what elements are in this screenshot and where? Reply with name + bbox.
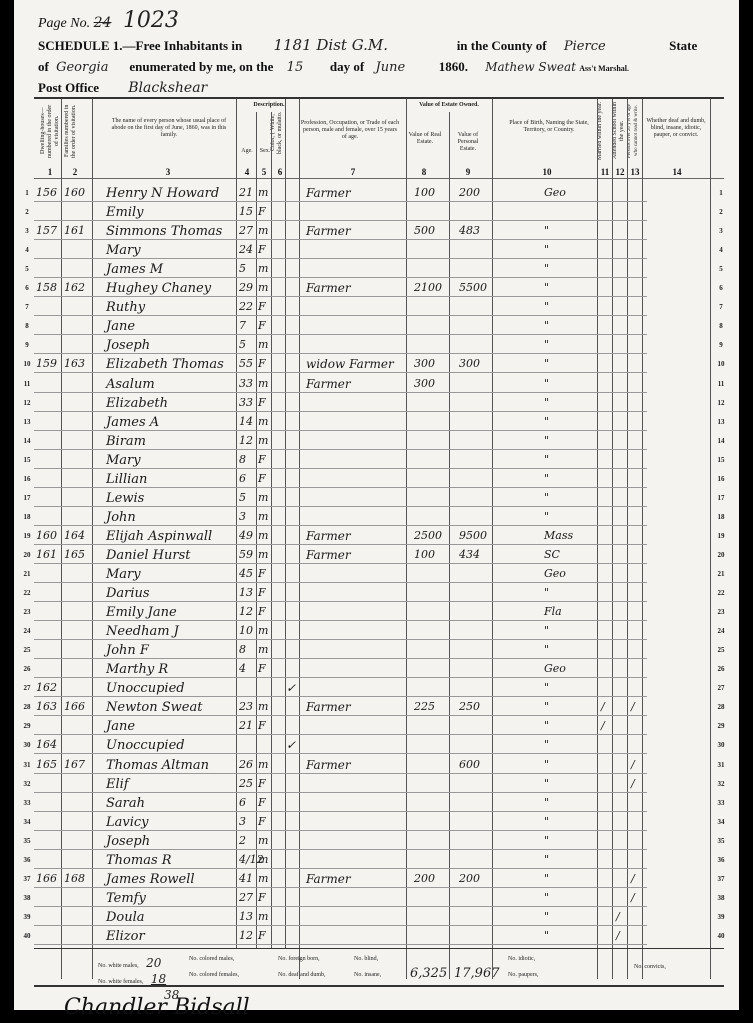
- row-number-left: 28: [20, 703, 34, 711]
- row-number-right: 17: [714, 494, 728, 502]
- row-number-right: 7: [714, 303, 728, 311]
- person-name: Joseph: [106, 834, 150, 849]
- person-sex: F: [258, 777, 266, 790]
- person-name: Sarah: [106, 796, 145, 811]
- birthplace: ": [544, 357, 549, 370]
- person-sex: F: [258, 396, 266, 409]
- row-number-left: 26: [20, 665, 34, 673]
- col-11-number: 11: [598, 167, 612, 177]
- foreign-born-label: No. foreign born,: [278, 956, 320, 962]
- enumerated-label: enumerated by me, on the: [129, 59, 273, 74]
- birthplace: ": [544, 338, 549, 351]
- page-label: Page No.: [38, 16, 90, 31]
- row-number-right: 18: [714, 513, 728, 521]
- row-number-right: 25: [714, 646, 728, 654]
- year-value: 1860.: [439, 59, 468, 74]
- row-number-right: 3: [714, 227, 728, 235]
- row-line: [34, 944, 647, 945]
- family-number: 165: [64, 548, 85, 561]
- page-crossed-number: 24: [94, 15, 112, 31]
- person-age: 21: [239, 186, 253, 199]
- day-of-label: day of: [330, 59, 364, 74]
- birthplace: Geo: [544, 567, 566, 580]
- row-number-left: 21: [20, 570, 34, 578]
- person-name: Elizabeth Thomas: [106, 357, 224, 372]
- person-sex: m: [258, 377, 268, 390]
- person-sex: m: [258, 548, 268, 561]
- person-sex: m: [258, 186, 268, 199]
- occupation: Farmer: [306, 281, 351, 295]
- person-name: Unoccupied: [106, 738, 185, 753]
- person-name: Daniel Hurst: [106, 548, 191, 563]
- person-age: 24: [239, 243, 253, 256]
- row-line: [34, 887, 647, 888]
- personal-estate-value: 300: [459, 357, 480, 370]
- occupation: widow Farmer: [306, 357, 394, 371]
- person-name: Elif: [106, 777, 129, 792]
- row-number-left: 36: [20, 856, 34, 864]
- row-number-right: 6: [714, 284, 728, 292]
- person-age: 45: [239, 567, 253, 580]
- state-value: Georgia: [56, 60, 126, 75]
- illiterate-mark: /: [631, 891, 635, 904]
- estate-header: Value of Estate Owned.: [404, 102, 494, 109]
- person-age: 10: [239, 624, 253, 637]
- birthplace: ": [544, 853, 549, 866]
- row-line: [34, 639, 647, 640]
- person-age: 3: [239, 815, 246, 828]
- row-number-left: 39: [20, 913, 34, 921]
- colored-females-label: No. colored females,: [189, 972, 239, 978]
- census-page: Page No. 24 1023 SCHEDULE 1.—Free Inhabi…: [14, 0, 739, 1010]
- col-14-header: Whether deaf and dumb, blind, insane, id…: [646, 118, 706, 139]
- person-sex: F: [258, 205, 266, 218]
- illiterate-mark: /: [631, 758, 635, 771]
- occupation: Farmer: [306, 186, 351, 200]
- row-number-left: 13: [20, 418, 34, 426]
- person-sex: m: [258, 624, 268, 637]
- row-number-right: 21: [714, 570, 728, 578]
- birthplace: ": [544, 910, 549, 923]
- row-number-right: 32: [714, 780, 728, 788]
- person-sex: F: [258, 891, 266, 904]
- married-mark: /: [601, 719, 605, 732]
- school-mark: /: [616, 929, 620, 942]
- row-line: [34, 525, 647, 526]
- col-1-header: Dwelling-houses—numbered in the order of…: [40, 102, 60, 160]
- footer-rule: [34, 985, 724, 987]
- state-label: State: [669, 38, 697, 53]
- person-sex: F: [258, 605, 266, 618]
- row-number-right: 34: [714, 818, 728, 826]
- col-6-header: Color, { White, black, or mulatto.: [270, 108, 292, 158]
- day-value: 15: [287, 60, 327, 75]
- row-line: [34, 411, 647, 412]
- colored-males-label: No. colored males,: [189, 956, 234, 962]
- person-sex: m: [258, 434, 268, 447]
- person-name: Hughey Chaney: [106, 281, 211, 296]
- schedule-line: SCHEDULE 1.—Free Inhabitants in 1181 Dis…: [38, 36, 697, 54]
- person-name: Thomas Altman: [106, 758, 209, 773]
- birthplace: ": [544, 834, 549, 847]
- row-number-left: 8: [20, 322, 34, 330]
- occupation: Farmer: [306, 377, 351, 391]
- row-line: [34, 544, 647, 545]
- row-number-left: 7: [20, 303, 34, 311]
- real-estate-value: 300: [414, 357, 435, 370]
- col-9-header: Value of Personal Estate.: [450, 132, 486, 153]
- person-sex: F: [258, 357, 266, 370]
- grid-line: [61, 99, 62, 979]
- personal-estate-value: 200: [459, 872, 480, 885]
- person-age: 15: [239, 205, 253, 218]
- person-age: 5: [239, 262, 246, 275]
- birthplace: ": [544, 300, 549, 313]
- month-value: June: [375, 60, 435, 75]
- person-age: 27: [239, 224, 253, 237]
- row-line: [34, 315, 647, 316]
- row-number-right: 27: [714, 684, 728, 692]
- illiterate-mark: /: [631, 700, 635, 713]
- person-sex: m: [258, 491, 268, 504]
- grid-line: [492, 99, 493, 979]
- birthplace: ": [544, 472, 549, 485]
- row-line: [34, 868, 647, 869]
- person-sex: m: [258, 510, 268, 523]
- row-number-left: 2: [20, 208, 34, 216]
- family-number: 164: [64, 529, 85, 542]
- grid-line: [642, 99, 643, 979]
- convicts-label: No. convicts,: [634, 964, 666, 970]
- person-age: 55: [239, 357, 253, 370]
- person-sex: F: [258, 796, 266, 809]
- row-number-left: 9: [20, 341, 34, 349]
- col-4-number: 4: [241, 167, 253, 177]
- personal-estate-value: 200: [459, 186, 480, 199]
- person-sex: m: [258, 910, 268, 923]
- birthplace: ": [544, 758, 549, 771]
- dwelling-number: 159: [36, 357, 57, 370]
- col-4-header: Age.: [238, 148, 256, 155]
- row-number-right: 2: [714, 208, 728, 216]
- row-line: [34, 506, 647, 507]
- row-number-right: 23: [714, 608, 728, 616]
- grid-line: [710, 99, 711, 979]
- personal-estate-value: 5500: [459, 281, 487, 294]
- row-number-right: 35: [714, 837, 728, 845]
- person-name: James Rowell: [106, 872, 195, 887]
- person-sex: m: [258, 758, 268, 771]
- col-13-number: 13: [628, 167, 642, 177]
- person-sex: m: [258, 834, 268, 847]
- person-age: 7: [239, 319, 246, 332]
- deaf-dumb-label: No. deaf and dumb,: [278, 972, 326, 978]
- row-number-left: 33: [20, 799, 34, 807]
- person-age: 21: [239, 719, 253, 732]
- row-line: [34, 582, 647, 583]
- person-sex: F: [258, 472, 266, 485]
- row-number-right: 26: [714, 665, 728, 673]
- row-line: [34, 372, 647, 373]
- grid-line: [597, 99, 598, 979]
- row-line: [34, 792, 647, 793]
- birthplace: ": [544, 396, 549, 409]
- of-label: of: [38, 59, 49, 74]
- row-number-left: 18: [20, 513, 34, 521]
- person-sex: m: [258, 853, 268, 866]
- row-number-left: 23: [20, 608, 34, 616]
- row-line: [34, 715, 647, 716]
- row-number-right: 39: [714, 913, 728, 921]
- paupers-label: No. paupers,: [508, 972, 539, 978]
- col-8-number: 8: [418, 167, 430, 177]
- person-sex: F: [258, 719, 266, 732]
- row-line: [34, 334, 647, 335]
- row-line: [34, 563, 647, 564]
- real-estate-value: 100: [414, 186, 435, 199]
- person-name: Asalum: [106, 377, 155, 392]
- row-line: [34, 220, 647, 221]
- row-number-left: 38: [20, 894, 34, 902]
- row-number-right: 5: [714, 265, 728, 273]
- birthplace: ": [544, 719, 549, 732]
- person-name: Temfy: [106, 891, 146, 906]
- col-2-number: 2: [69, 167, 81, 177]
- birthplace: ": [544, 415, 549, 428]
- person-age: 6: [239, 472, 246, 485]
- row-number-right: 28: [714, 703, 728, 711]
- person-sex: m: [258, 700, 268, 713]
- dwelling-number: 160: [36, 529, 57, 542]
- person-name: Mary: [106, 453, 141, 468]
- birthplace: ": [544, 738, 549, 751]
- person-age: 12: [239, 605, 253, 618]
- row-number-left: 4: [20, 246, 34, 254]
- family-number: 160: [64, 186, 85, 199]
- person-name: Newton Sweat: [106, 700, 202, 715]
- row-line: [34, 753, 647, 754]
- person-sex: m: [258, 872, 268, 885]
- family-number: 161: [64, 224, 85, 237]
- illiterate-mark: /: [631, 777, 635, 790]
- row-number-right: 8: [714, 322, 728, 330]
- header-rule: [34, 97, 724, 99]
- dwelling-number: 166: [36, 872, 57, 885]
- row-number-left: 11: [20, 380, 34, 388]
- family-number: 167: [64, 758, 85, 771]
- row-line: [34, 239, 647, 240]
- person-age: 12: [239, 929, 253, 942]
- row-line: [34, 696, 647, 697]
- person-name: Henry N Howard: [106, 186, 219, 201]
- person-sex: m: [258, 224, 268, 237]
- person-name: Needham J: [106, 624, 179, 639]
- birthplace: ": [544, 243, 549, 256]
- person-sex: F: [258, 319, 266, 332]
- row-line: [34, 449, 647, 450]
- birthplace: ": [544, 510, 549, 523]
- rows-bottom-rule: [34, 948, 724, 949]
- real-estate-value: 500: [414, 224, 435, 237]
- person-name: Ruthy: [106, 300, 145, 315]
- birthplace: Geo: [544, 662, 566, 675]
- grid-line: [299, 99, 300, 979]
- row-number-right: 4: [714, 246, 728, 254]
- birthplace: ": [544, 929, 549, 942]
- dwelling-number: 164: [36, 738, 57, 751]
- county-label: in the County of: [457, 38, 547, 53]
- col-10-number: 10: [540, 167, 554, 177]
- person-name: Lewis: [106, 491, 144, 506]
- person-age: 13: [239, 586, 253, 599]
- person-age: 4: [239, 662, 246, 675]
- birthplace: ": [544, 796, 549, 809]
- row-line: [34, 296, 647, 297]
- row-line: [34, 906, 647, 907]
- real-estate-value: 225: [414, 700, 435, 713]
- birthplace: ": [544, 319, 549, 332]
- row-number-right: 11: [714, 380, 728, 388]
- row-number-right: 33: [714, 799, 728, 807]
- person-age: 23: [239, 700, 253, 713]
- col-3-header: The name of every person whose usual pla…: [104, 118, 234, 139]
- col-14-number: 14: [670, 167, 684, 177]
- row-number-right: 10: [714, 360, 728, 368]
- marshal-label: Ass't Marshal.: [579, 64, 629, 73]
- person-sex: m: [258, 338, 268, 351]
- row-number-left: 37: [20, 875, 34, 883]
- row-number-right: 36: [714, 856, 728, 864]
- family-number: 166: [64, 700, 85, 713]
- row-line: [34, 277, 647, 278]
- family-number: 163: [64, 357, 85, 370]
- person-name: John F: [106, 643, 149, 658]
- dwelling-number: 165: [36, 758, 57, 771]
- person-age: 6: [239, 796, 246, 809]
- person-age: 59: [239, 548, 253, 561]
- birthplace: ": [544, 491, 549, 504]
- row-number-right: 1: [714, 189, 728, 197]
- white-females-value: 18: [151, 972, 166, 986]
- row-number-left: 15: [20, 456, 34, 464]
- col-13-header: Persons over 20 y'rs of age who cannot r…: [626, 102, 640, 160]
- occupation: Farmer: [306, 529, 351, 543]
- row-number-right: 16: [714, 475, 728, 483]
- birthplace: Fla: [544, 605, 562, 618]
- row-line: [34, 620, 647, 621]
- row-number-left: 24: [20, 627, 34, 635]
- person-sex: F: [258, 586, 266, 599]
- occupation: Farmer: [306, 224, 351, 238]
- personal-estate-value: 600: [459, 758, 480, 771]
- person-sex: F: [258, 453, 266, 466]
- row-number-left: 3: [20, 227, 34, 235]
- row-number-right: 31: [714, 761, 728, 769]
- person-age: 8: [239, 643, 246, 656]
- col-12-header: Attended School within the year.: [612, 102, 626, 160]
- school-mark: /: [616, 910, 620, 923]
- row-number-left: 22: [20, 589, 34, 597]
- person-sex: F: [258, 243, 266, 256]
- real-estate-value: 300: [414, 377, 435, 390]
- row-line: [34, 773, 647, 774]
- birthplace: ": [544, 453, 549, 466]
- idiotic-label: No. idiotic,: [508, 956, 535, 962]
- person-sex: F: [258, 815, 266, 828]
- row-line: [34, 830, 647, 831]
- dwelling-number: 158: [36, 281, 57, 294]
- person-name: Elijah Aspinwall: [106, 529, 212, 544]
- row-line: [34, 392, 647, 393]
- col-3-number: 3: [162, 167, 174, 177]
- grid-line: [256, 112, 257, 949]
- row-number-left: 20: [20, 551, 34, 559]
- row-number-left: 6: [20, 284, 34, 292]
- person-age: 3: [239, 510, 246, 523]
- birthplace: ": [544, 624, 549, 637]
- dwelling-number: 157: [36, 224, 57, 237]
- birthplace: Mass: [544, 529, 573, 542]
- person-name: John: [106, 510, 136, 525]
- row-line: [34, 487, 647, 488]
- row-number-right: 19: [714, 532, 728, 540]
- real-estate-value: 100: [414, 548, 435, 561]
- birthplace: ": [544, 872, 549, 885]
- person-sex: m: [258, 643, 268, 656]
- row-number-left: 34: [20, 818, 34, 826]
- row-line: [34, 601, 647, 602]
- row-line: [34, 849, 647, 850]
- person-name: Mary: [106, 243, 141, 258]
- person-age: 41: [239, 872, 253, 885]
- row-number-left: 31: [20, 761, 34, 769]
- schedule-label: SCHEDULE 1.—Free Inhabitants in: [38, 38, 242, 53]
- col-5-number: 5: [258, 167, 270, 177]
- col-2-header: Families numbered in the order of visita…: [64, 102, 84, 160]
- person-age: 8: [239, 453, 246, 466]
- real-estate-value: 200: [414, 872, 435, 885]
- real-estate-value: 2100: [414, 281, 442, 294]
- family-number: 168: [64, 872, 85, 885]
- person-name: Elizabeth: [106, 396, 168, 411]
- person-name: Jane: [106, 319, 135, 334]
- row-number-left: 1: [20, 189, 34, 197]
- person-age: 22: [239, 300, 253, 313]
- person-name: Marthy R: [106, 662, 168, 677]
- col-11-header: Married within the year.: [597, 102, 611, 160]
- row-number-left: 27: [20, 684, 34, 692]
- col-7-number: 7: [347, 167, 359, 177]
- person-name: Emily: [106, 205, 143, 220]
- row-number-left: 10: [20, 360, 34, 368]
- person-age: 33: [239, 396, 253, 409]
- occupation: Farmer: [306, 872, 351, 886]
- row-line: [34, 353, 647, 354]
- person-age: 49: [239, 529, 253, 542]
- row-number-left: 14: [20, 437, 34, 445]
- row-line: [34, 734, 647, 735]
- col-10-header: Place of Birth, Naming the State, Territ…: [504, 120, 594, 134]
- row-number-right: 37: [714, 875, 728, 883]
- person-age: 13: [239, 910, 253, 923]
- person-name: Joseph: [106, 338, 150, 353]
- person-age: 33: [239, 377, 253, 390]
- color-mark: ✓: [286, 738, 296, 752]
- person-name: Lillian: [106, 472, 147, 487]
- row-line: [34, 468, 647, 469]
- birthplace: ": [544, 586, 549, 599]
- personal-estate-total: 17,967: [454, 966, 500, 981]
